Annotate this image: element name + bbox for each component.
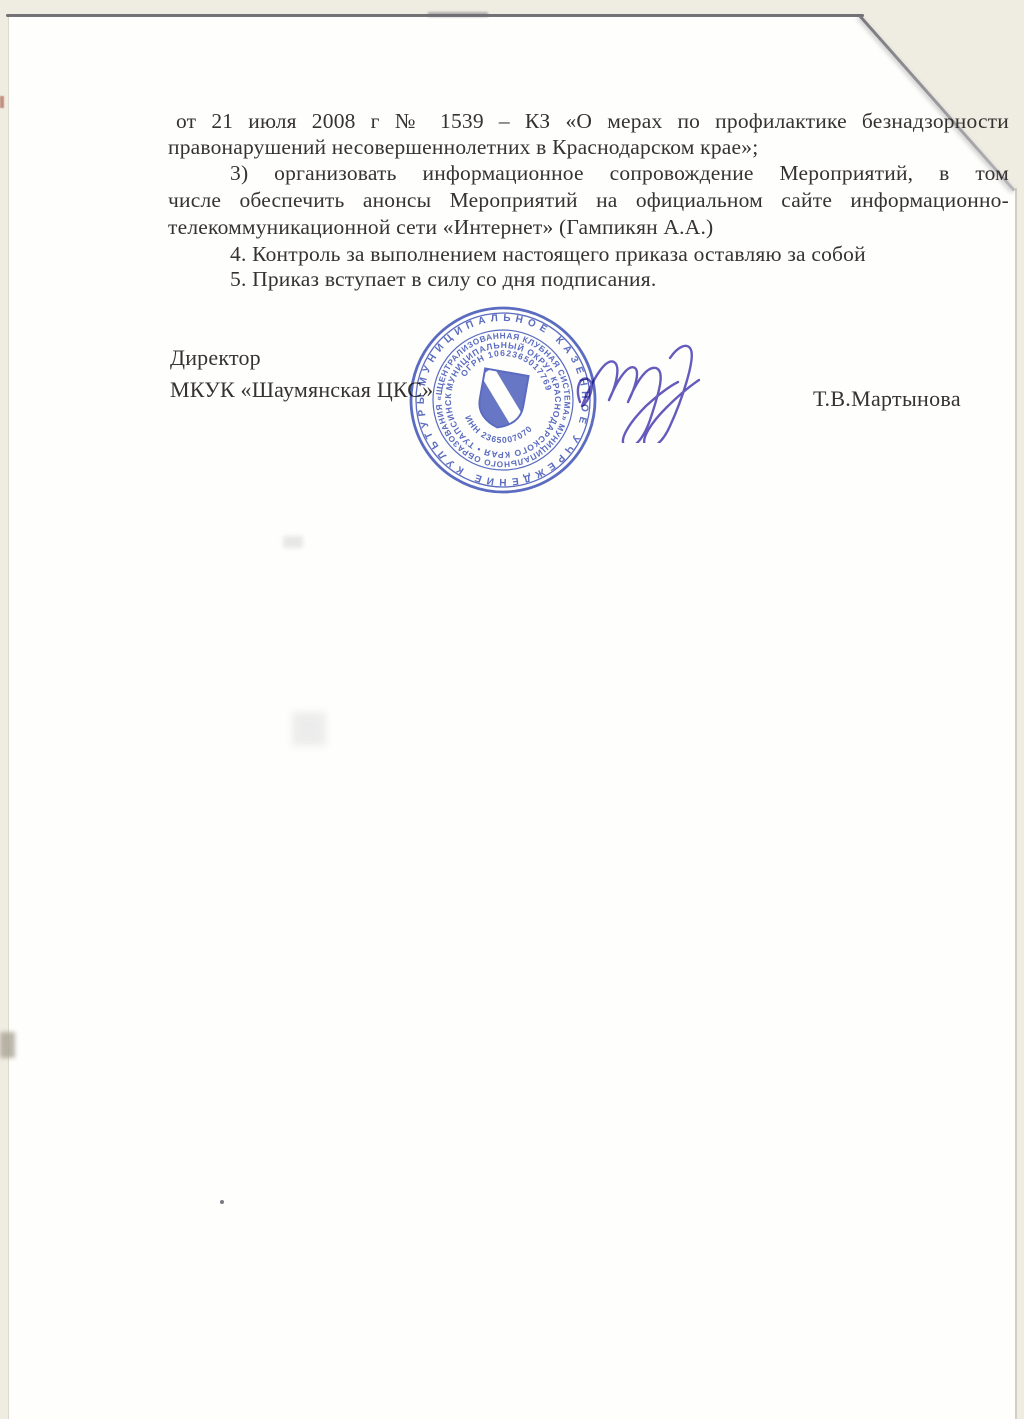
text-line-5: телекоммуникационной сети «Интернет» (Га… [168,214,713,240]
stamp-rotated-group: МУНИЦИПАЛЬНОЕ КАЗЕННОЕ УЧРЕЖДЕНИЕ КУЛЬТУ… [408,305,598,495]
handwritten-signature [572,328,722,443]
text-line-7: 5. Приказ вступает в силу со дня подписа… [230,266,656,292]
signer-name: Т.В.Мартынова [813,386,961,412]
scan-artifact-dot [220,1200,224,1204]
scanned-page: { "page": { "background_color": "#efece2… [0,0,1024,1419]
text-line-2: правонарушений несовершеннолетних в Крас… [168,134,758,160]
scan-artifact-faint-2 [292,712,326,746]
organization-name: МКУК «Шаумянская ЦКС» [170,377,433,403]
text-line-3: 3) организовать информационное сопровожд… [230,160,1009,186]
paper-left-edge [8,16,9,1419]
official-stamp: МУНИЦИПАЛЬНОЕ КАЗЕННОЕ УЧРЕЖДЕНИЕ КУЛЬТУ… [408,305,598,495]
signature-stroke [578,346,699,443]
director-title: Директор [170,345,261,371]
scan-artifact-left-smudge [0,1032,15,1058]
scan-artifact-faint-1 [283,536,303,548]
scan-artifact-top-smudge [428,12,488,17]
paper-right-edge [1015,188,1017,1419]
text-line-1: от 21 июля 2008 г № 1539 – КЗ «О мерах п… [176,108,1009,134]
text-line-6: 4. Контроль за выполнением настоящего пр… [230,241,866,267]
text-line-4: числе обеспечить анонсы Мероприятий на о… [168,187,1009,213]
scan-artifact-red-tick [0,96,4,108]
